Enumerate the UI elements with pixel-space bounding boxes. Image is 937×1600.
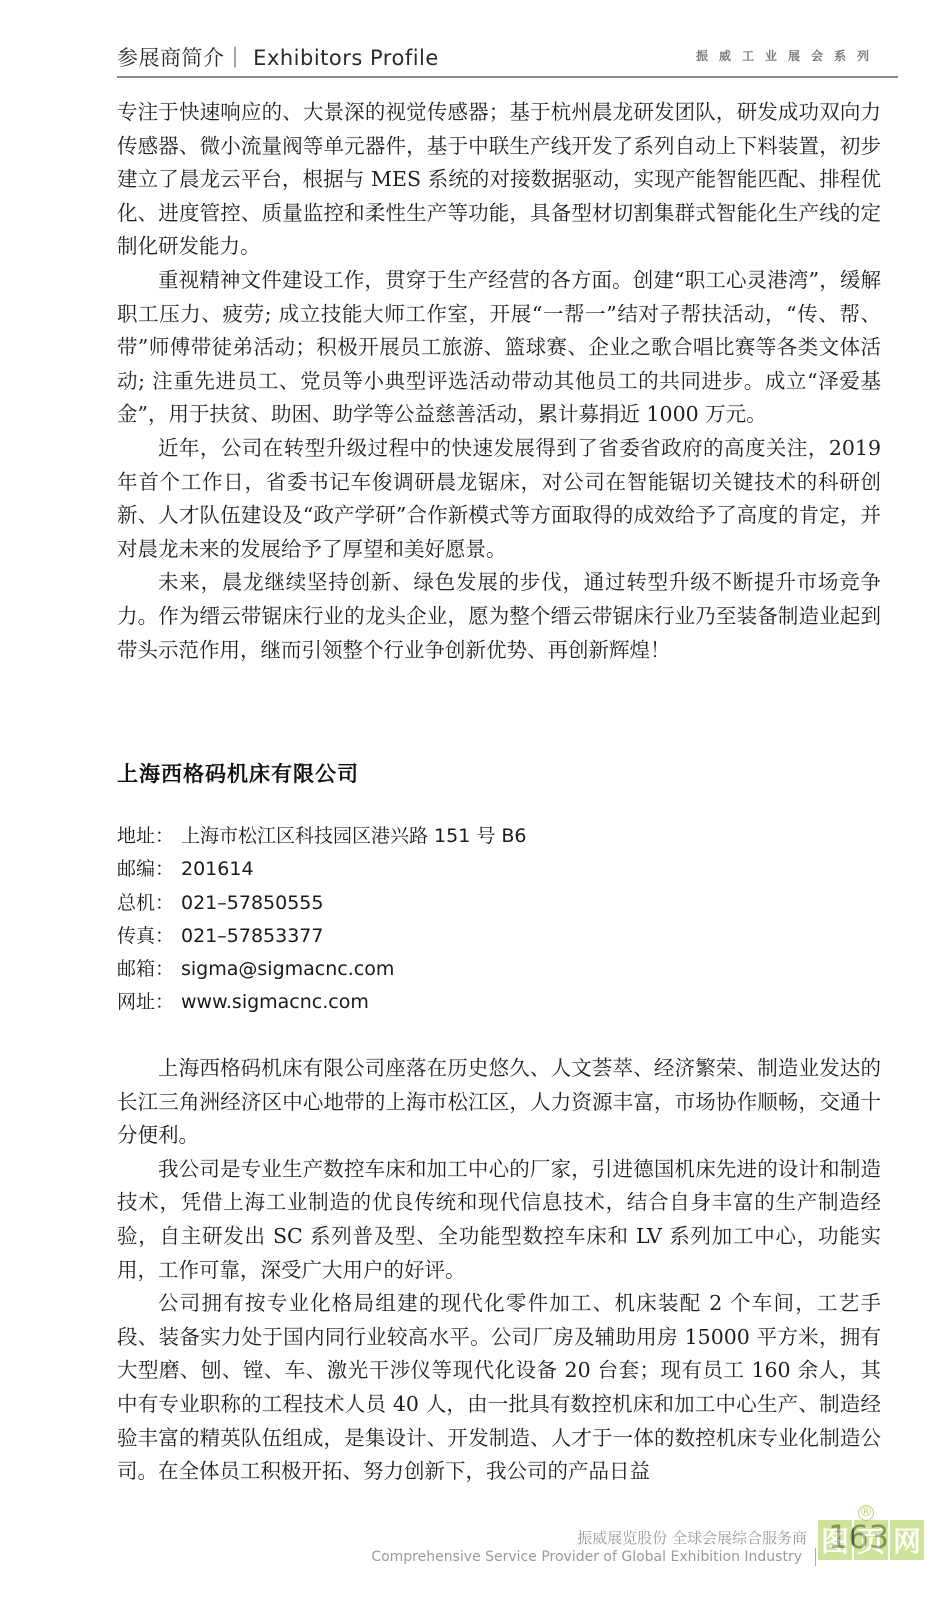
- contact-address: 地址： 上海市松江区科技园区港兴路 151 号 B6: [117, 820, 527, 853]
- registered-mark-icon: ®: [858, 1505, 874, 1521]
- contact-info: 地址： 上海市松江区科技园区港兴路 151 号 B6 邮编： 201614 总机…: [117, 820, 527, 1020]
- paragraph: 我公司是专业生产数控车床和加工中心的厂家，引进德国机床先进的设计和制造技术，凭借…: [117, 1153, 881, 1287]
- fax-label: 传真：: [117, 920, 181, 953]
- paragraph: 重视精神文件建设工作，贯穿于生产经营的各方面。创建“职工心灵港湾”，缓解职工压力…: [117, 264, 881, 432]
- paragraph: 近年，公司在转型升级过程中的快速发展得到了省委省政府的高度关注，2019 年首个…: [117, 432, 881, 566]
- phone-value: 021–57850555: [181, 887, 323, 920]
- contact-email: 邮箱： sigma@sigmacnc.com: [117, 953, 527, 986]
- website-label: 网址：: [117, 986, 181, 1019]
- series-label: 振威工业展会系列: [696, 47, 880, 64]
- fax-value: 021–57853377: [181, 920, 323, 953]
- email-value: sigma@sigmacnc.com: [181, 953, 394, 986]
- footer-tagline-cn: 振威展览股份 全球会展综合服务商: [577, 1527, 807, 1548]
- phone-label: 总机：: [117, 887, 181, 920]
- address-value: 上海市松江区科技园区港兴路 151 号 B6: [181, 820, 527, 853]
- paragraph: 未来，晨龙继续坚持创新、绿色发展的步伐，通过转型升级不断提升市场竞争力。作为缙云…: [117, 566, 881, 667]
- postcode-value: 201614: [181, 853, 254, 886]
- watermark-char: 页: [854, 1520, 888, 1560]
- email-label: 邮箱：: [117, 953, 181, 986]
- company-name: 上海西格码机床有限公司: [117, 758, 359, 788]
- contact-website: 网址： www.sigmacnc.com: [117, 986, 527, 1019]
- footer-tagline-en: Comprehensive Service Provider of Global…: [371, 1549, 802, 1565]
- paragraph: 上海西格码机床有限公司座落在历史悠久、人文荟萃、经济繁荣、制造业发达的长江三角洲…: [117, 1052, 881, 1153]
- postcode-label: 邮编：: [117, 853, 181, 886]
- page-header: 参展商简介｜ Exhibitors Profile 振威工业展会系列: [117, 40, 898, 78]
- contact-postcode: 邮编： 201614: [117, 853, 527, 886]
- website-value: www.sigmacnc.com: [181, 986, 369, 1019]
- footer-divider: [815, 1548, 816, 1566]
- section-title: 参展商简介｜ Exhibitors Profile: [117, 42, 439, 72]
- paragraph: 公司拥有按专业化格局组建的现代化零件加工、机床装配 2 个车间，工艺手段、装备实…: [117, 1287, 881, 1489]
- address-label: 地址：: [117, 820, 181, 853]
- company-description: 上海西格码机床有限公司座落在历史悠久、人文荟萃、经济繁荣、制造业发达的长江三角洲…: [117, 1052, 881, 1489]
- watermark-char: 网: [890, 1520, 924, 1560]
- watermark-char: 图: [818, 1520, 852, 1560]
- previous-company-text: 专注于快速响应的、大景深的视觉传感器；基于杭州晨龙研发团队，研发成功双向力传感器…: [117, 96, 881, 667]
- paragraph: 专注于快速响应的、大景深的视觉传感器；基于杭州晨龙研发团队，研发成功双向力传感器…: [117, 96, 881, 264]
- contact-phone: 总机： 021–57850555: [117, 887, 527, 920]
- watermark-logo: 图 页 网: [818, 1520, 928, 1564]
- contact-fax: 传真： 021–57853377: [117, 920, 527, 953]
